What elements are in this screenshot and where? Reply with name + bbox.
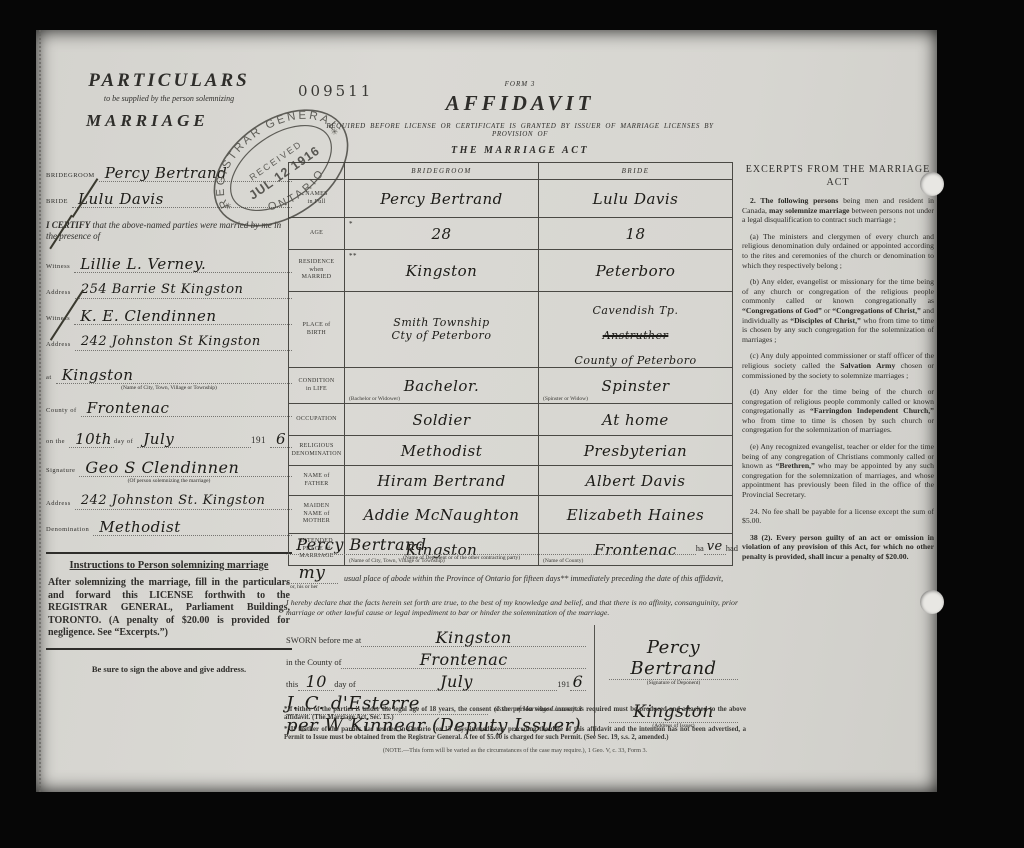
instructions-box: Instructions to Person solemnizing marri… xyxy=(46,552,292,650)
my-handwritten: my xyxy=(286,563,338,584)
married-at-row: at Kingston xyxy=(46,367,292,384)
bride-condition: Spinster(Spinster or Widow) xyxy=(539,368,733,404)
bride-residence: Peterboro xyxy=(539,250,733,292)
row-label-father: NAME of FATHER xyxy=(289,466,345,496)
row-label-mother: MAIDEN NAME of MOTHER xyxy=(289,496,345,534)
county-prefix: in the County of xyxy=(286,657,341,669)
date-month: July xyxy=(137,431,251,448)
denomination-value: Methodist xyxy=(93,519,292,536)
bride-mother: Elizabeth Haines xyxy=(539,496,733,534)
excerpt-paragraph: 2. The following persons being men and r… xyxy=(742,196,934,225)
signature-sublabel: (Of person solemnizing the marriage) xyxy=(46,478,292,484)
bride-birthplace-struck: Anstruther xyxy=(603,329,669,342)
county-row: County of Frontenac xyxy=(46,400,292,417)
bride-column-header: BRIDE xyxy=(539,163,733,180)
bride-religion: Presbyterian xyxy=(539,436,733,466)
date-row: on the 10th day of July 191 6 xyxy=(46,431,292,448)
ha-text: ha xyxy=(696,543,704,555)
address2-label: Address xyxy=(46,341,75,351)
registrar-general-received-stamp: REGISTRAR GENERAL ONTARIO RECEIVED JUL 1… xyxy=(196,88,366,248)
deponent-sublabel: (Name of Deponent or of the other contra… xyxy=(326,555,597,561)
bride-birthplace-line1: Cavendish Tp. xyxy=(593,304,679,317)
residence-footnote-mark: ** xyxy=(349,252,357,260)
instructions-note: Be sure to sign the above and give addre… xyxy=(46,664,292,674)
footnote-1: *If either of the parties is under the l… xyxy=(284,706,746,722)
sworn-date-row: this 10 day of July 191 6 xyxy=(286,673,586,691)
year-prefix: 191 xyxy=(557,679,570,691)
bridegroom-label: BRIDEGROOM xyxy=(46,172,99,182)
signature-row: Signature Geo S Clendinnen xyxy=(46,460,292,477)
county-value: Frontenac xyxy=(81,400,292,417)
address1-label: Address xyxy=(46,289,75,299)
marriage-act-title: THE MARRIAGE ACT xyxy=(304,145,736,156)
affidavit-title: AFFIDAVIT xyxy=(304,91,736,116)
had-text: had xyxy=(726,543,738,555)
year-suffix: 6 xyxy=(570,673,586,691)
deponent-signature: Percy Bertrand xyxy=(609,637,738,680)
paper-sheet: PARTICULARS to be supplied by the person… xyxy=(36,30,937,792)
address1-value: 254 Barrie St Kingston xyxy=(75,282,292,299)
row-label-occupation: OCCUPATION xyxy=(289,404,345,436)
instructions-body: After solemnizing the marriage, fill in … xyxy=(48,577,290,640)
footnotes: *If either of the parties is under the l… xyxy=(284,702,746,754)
scanned-document: PARTICULARS to be supplied by the person… xyxy=(0,0,1024,848)
form-number-label: FORM 3 xyxy=(304,80,736,88)
condition-bride-sublabel: (Spinster or Widow) xyxy=(543,396,588,402)
witness2-row: Witness K. E. Clendinnen xyxy=(46,308,292,325)
condition-groom-sublabel: (Bachelor or Widower) xyxy=(349,396,400,402)
denomination-row: Denomination Methodist xyxy=(46,519,292,536)
deponent-line: , Percy Bertrand ha ve had xyxy=(286,535,738,555)
declaration-text: I hereby declare that the facts herein s… xyxy=(286,598,738,617)
ve-handwritten: ve xyxy=(704,539,726,555)
bride-age: 18 xyxy=(539,218,733,250)
affidavit-subtitle: REQUIRED BEFORE LICENSE OR CERTIFICATE I… xyxy=(304,122,736,138)
excerpt-paragraph: (e) Any recognized evangelist, teacher o… xyxy=(742,442,934,500)
groom-birthplace: Smith Township Cty of Peterboro xyxy=(345,292,539,368)
sworn-county-row: in the County of Frontenac xyxy=(286,651,586,669)
deponent-signature-sublabel: (Signature of Deponent) xyxy=(609,680,738,686)
excerpt-paragraph: (a) The ministers and clergymen of every… xyxy=(742,232,934,270)
bride-father: Albert Davis xyxy=(539,466,733,496)
excerpts-heading: EXCERPTS FROM THE MARRIAGE ACT xyxy=(742,163,934,189)
address3-label: Address xyxy=(46,500,75,510)
county-label: County of xyxy=(46,407,81,417)
excerpts-panel: EXCERPTS FROM THE MARRIAGE ACT 2. The fo… xyxy=(742,163,934,562)
witness1-row: Witness Lillie L. Verney. xyxy=(46,256,292,273)
excerpt-paragraph: (b) Any elder, evangelist or missionary … xyxy=(742,277,934,344)
bridegroom-column-header: BRIDEGROOM xyxy=(345,163,539,180)
excerpt-paragraph: (c) Any duly appointed commissioner or s… xyxy=(742,351,934,380)
excerpt-paragraph: 38 (2). Every person guilty of an act or… xyxy=(742,533,934,562)
bride-birthplace-line2: County of Peterboro xyxy=(574,354,696,367)
abode-text: usual place of abode within the Province… xyxy=(338,574,723,584)
sworn-prefix: SWORN before me at xyxy=(286,635,361,647)
at-sublabel: (Name of City, Town, Village or Township… xyxy=(46,385,292,391)
svg-text:REGISTRAR GENERAL: REGISTRAR GENERAL xyxy=(196,88,342,212)
affidavit-header: FORM 3 AFFIDAVIT REQUIRED BEFORE LICENSE… xyxy=(304,80,736,156)
date-prefix: on the xyxy=(46,438,69,448)
at-label: at xyxy=(46,374,56,384)
date-year-prefix: 191 xyxy=(251,435,270,448)
row-label-condition: CONDITION in LIFE xyxy=(289,368,345,404)
row-label-birthplace: PLACE of BIRTH xyxy=(289,292,345,368)
address2-value: 242 Johnston St Kingston xyxy=(75,334,292,351)
address3-row: Address 242 Johnston St. Kingston xyxy=(46,493,292,510)
groom-condition: Bachelor.(Bachelor or Widower) xyxy=(345,368,539,404)
groom-religion: Methodist xyxy=(345,436,539,466)
sworn-month: July xyxy=(356,673,557,691)
groom-occupation: Soldier xyxy=(345,404,539,436)
deponent-name: Percy Bertrand xyxy=(288,535,434,555)
sworn-place-row: SWORN before me at Kingston xyxy=(286,629,586,647)
abode-line: my usual place of abode within the Provi… xyxy=(286,563,738,584)
footnote-2: **If neither of the parties has resided … xyxy=(284,726,746,742)
excerpt-paragraph: 24. No fee shall be payable for a licens… xyxy=(742,507,934,526)
signature-label: Signature xyxy=(46,467,79,477)
witness2-name: K. E. Clendinnen xyxy=(74,308,292,325)
bride-birthplace: Cavendish Tp. Anstruther County of Peter… xyxy=(539,292,733,368)
bride-names: Lulu Davis xyxy=(539,180,733,218)
sworn-county: Frontenac xyxy=(341,651,586,669)
witness1-name: Lillie L. Verney. xyxy=(74,256,292,273)
groom-mother: Addie McNaughton xyxy=(345,496,539,534)
bride-label: BRIDE xyxy=(46,198,72,208)
row-label-religion: RELIGIOUS DENOMINATION xyxy=(289,436,345,466)
groom-age: *28 xyxy=(345,218,539,250)
denomination-label: Denomination xyxy=(46,526,93,536)
perforation-line xyxy=(39,30,41,792)
excerpt-paragraph: (d) Any elder for the time being of the … xyxy=(742,387,934,435)
my-sublabel: or, his or her xyxy=(290,584,738,590)
witness1-label: Witness xyxy=(46,263,74,273)
groom-residence: **Kingston xyxy=(345,250,539,292)
at-value: Kingston xyxy=(56,367,292,384)
address2-row: Address 242 Johnston St Kingston xyxy=(46,334,292,351)
stamp-arc-top-text: REGISTRAR GENERAL xyxy=(196,88,342,212)
footnote-note: (NOTE.—This form will be varied as the c… xyxy=(284,747,746,754)
punch-hole-bottom xyxy=(920,590,944,614)
this-label: this xyxy=(286,679,298,691)
row-label-residence: RESIDENCE when MARRIED xyxy=(289,250,345,292)
date-day: 10th xyxy=(69,431,114,448)
sworn-place: Kingston xyxy=(361,629,586,647)
signature-value: Geo S Clendinnen xyxy=(79,460,292,477)
groom-father: Hiram Bertrand xyxy=(345,466,539,496)
sworn-day: 10 xyxy=(298,673,334,691)
instructions-heading: Instructions to Person solemnizing marri… xyxy=(48,560,290,571)
day-of-label: day of xyxy=(334,679,355,691)
address3-value: 242 Johnston St. Kingston xyxy=(75,493,292,510)
bride-occupation: At home xyxy=(539,404,733,436)
date-mid: day of xyxy=(114,438,137,448)
groom-names: Percy Bertrand xyxy=(345,180,539,218)
